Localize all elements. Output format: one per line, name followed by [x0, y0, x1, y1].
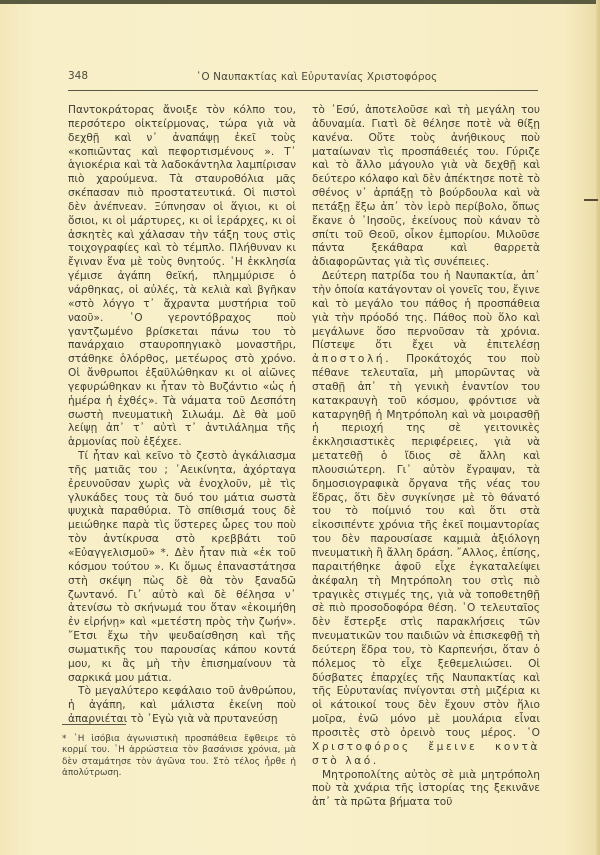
right-column: τὸ ᾿Εσύ, ἀποτελοῦσε καὶ τὴ μεγάλη του ἀδ… [312, 104, 540, 810]
scan-right-edge [596, 0, 600, 855]
footnote: * ῾Η ἰσόβια ἀγωνιστικὴ προσπάθεια ἔφθειρ… [62, 734, 296, 780]
paragraph: Τί ἦταν καὶ κεῖνο τὸ ζεστὸ ἀγκάλιασμα τῆ… [68, 450, 296, 685]
paragraph-text: Δεύτερη πατρίδα του ἡ Ναυπακτία, ἀπ᾽ τὴν… [312, 270, 540, 351]
spaced-emphasis: ἀποστολή. [312, 353, 391, 365]
page-number: 348 [68, 70, 88, 82]
scan-top-edge [0, 0, 600, 4]
paragraph: Μητροπολίτης αὐτὸς σὲ μιὰ μητρόπολη ποὺ … [312, 769, 540, 811]
running-header: 348 ῾Ο Ναυπακτίας καὶ Εὐρυτανίας Χριστοφ… [68, 70, 538, 90]
left-column: Παντοκράτορας ἄνοιξε τὸν κόλπο του, περσ… [68, 104, 296, 727]
paragraph-text: Προκάτοχός του ποὺ πέθανε τελευταῖα, μὴ … [312, 353, 540, 739]
paragraph: Δεύτερη πατρίδα του ἡ Ναυπακτία, ἀπ᾽ τὴν… [312, 270, 540, 768]
spaced-emphasis: Χριστοφόρος ἔμεινε κοντὰ στὸ λαό. [312, 741, 540, 767]
margin-mark [584, 199, 598, 201]
paragraph: τὸ ᾿Εσύ, ἀποτελοῦσε καὶ τὴ μεγάλη του ἀδ… [312, 104, 540, 270]
book-page: 348 ῾Ο Ναυπακτίας καὶ Εὐρυτανίας Χριστοφ… [0, 0, 600, 855]
paragraph: Παντοκράτορας ἄνοιξε τὸν κόλπο του, περσ… [68, 104, 296, 450]
header-rule [68, 90, 538, 91]
running-title: ῾Ο Ναυπακτίας καὶ Εὐρυτανίας Χριστοφόρος [196, 71, 437, 83]
paragraph: Τὸ μεγαλύτερο κεφάλαιο τοῦ ἀνθρώπου, ἡ ἀ… [68, 685, 296, 727]
footnote-rule [62, 724, 126, 725]
